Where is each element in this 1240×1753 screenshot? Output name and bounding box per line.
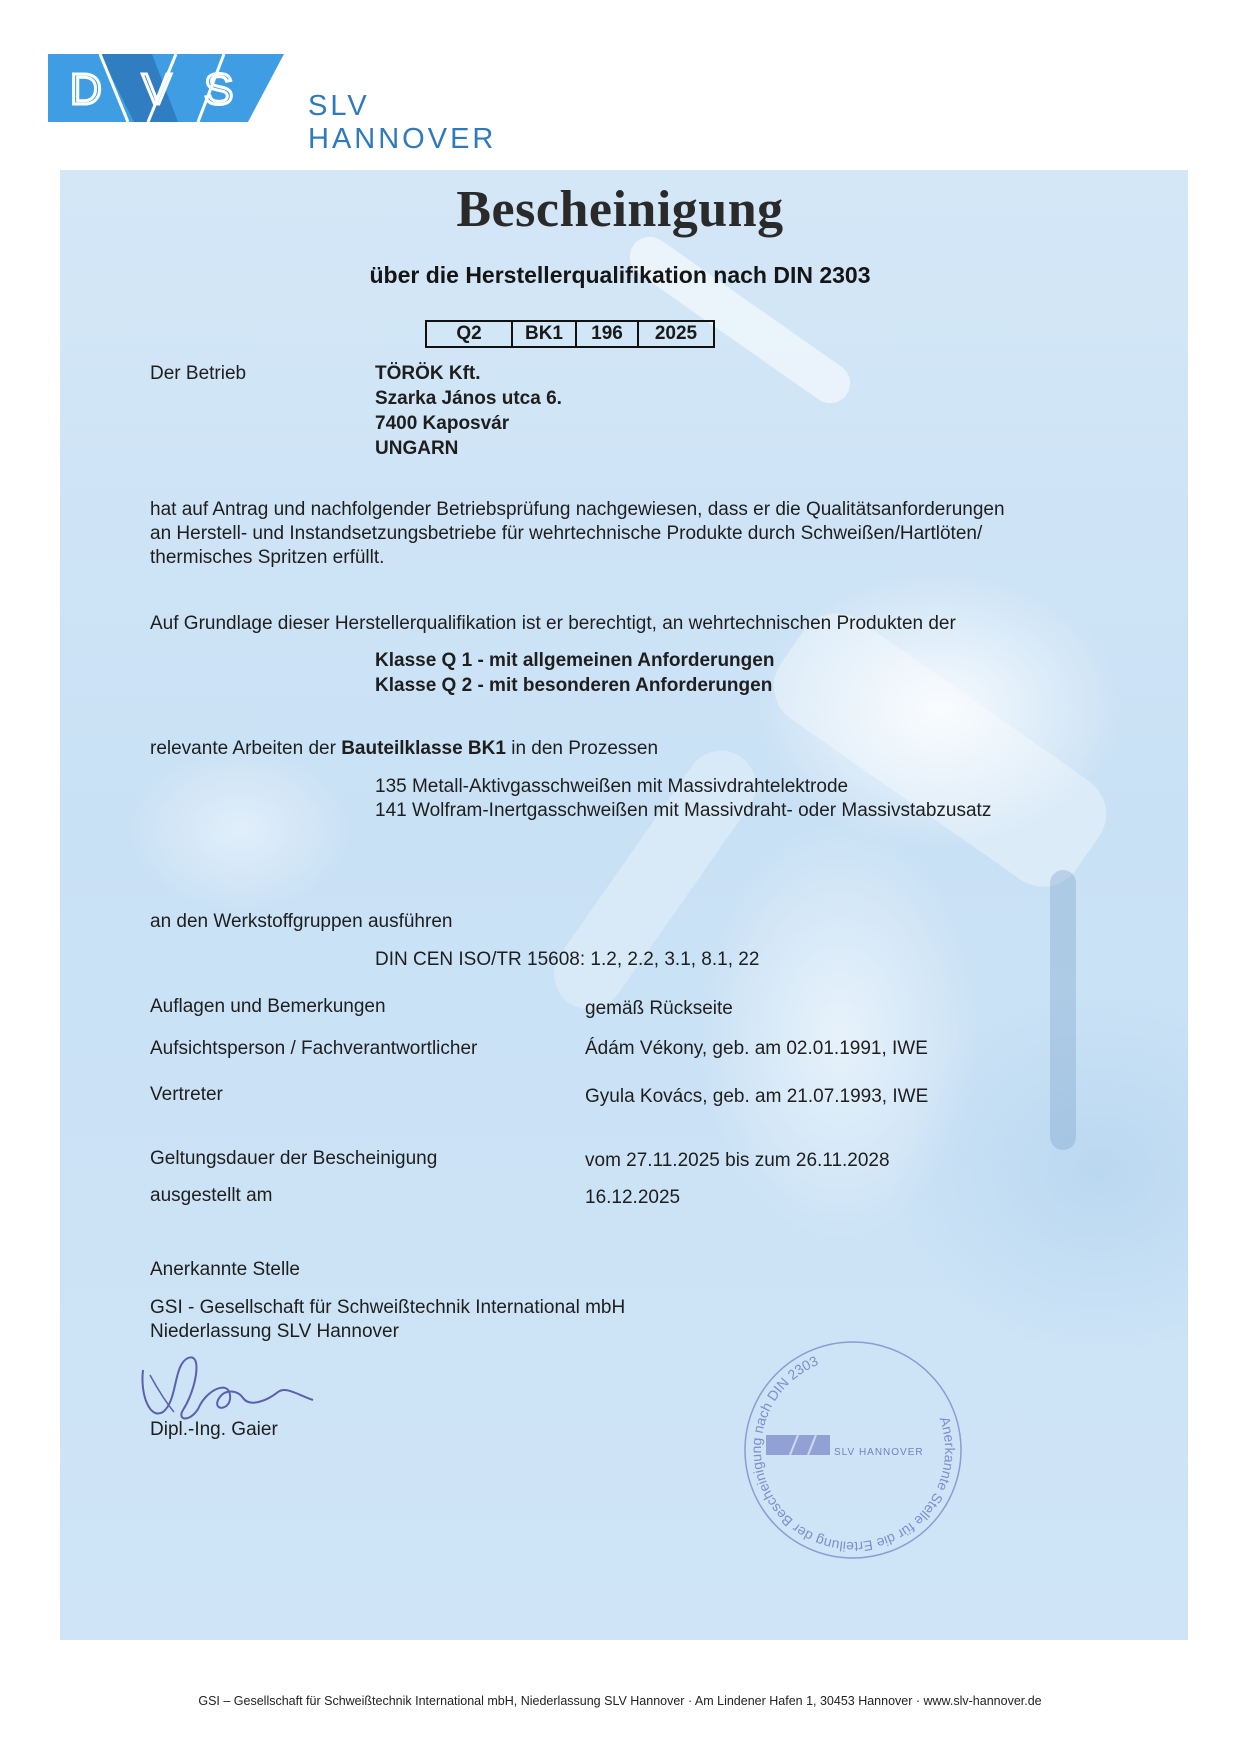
deputy-value: Gyula Kovács, geb. am 21.07.1993, IWE — [585, 1085, 928, 1109]
remarks-label: Auflagen und Bemerkungen — [150, 995, 386, 1019]
footer-address: GSI – Gesellschaft für Schweißtechnik In… — [0, 1694, 1240, 1708]
statement-line: hat auf Antrag und nachfolgender Betrieb… — [150, 498, 1110, 522]
material-intro: an den Werkstoffgruppen ausführen — [150, 910, 452, 934]
document-subtitle: über die Herstellerqualifikation nach DI… — [0, 262, 1240, 289]
code-number: 196 — [577, 322, 639, 346]
code-year: 2025 — [639, 322, 713, 346]
svg-text:D: D — [70, 65, 102, 114]
issuer-label: Anerkannte Stelle — [150, 1258, 300, 1282]
certificate-code: Q2 BK1 196 2025 — [425, 320, 715, 348]
issued-value: 16.12.2025 — [585, 1186, 680, 1210]
component-class-line: relevante Arbeiten der Bauteilklasse BK1… — [150, 737, 658, 761]
remarks-value: gemäß Rückseite — [585, 997, 733, 1021]
company-city: 7400 Kaposvár — [375, 412, 509, 436]
dvs-logo: D V S SLV HANNOVER — [48, 54, 548, 130]
svg-text:S: S — [204, 65, 233, 114]
process-135: 135 Metall-Aktivgasschweißen mit Massivd… — [375, 775, 848, 799]
document-title: Bescheinigung — [0, 180, 1240, 239]
signatory: Dipl.-Ing. Gaier — [150, 1418, 278, 1442]
company-country: UNGARN — [375, 437, 458, 461]
svg-text:SLV HANNOVER: SLV HANNOVER — [834, 1447, 924, 1458]
issuer-line1: GSI - Gesellschaft für Schweißtechnik In… — [150, 1296, 625, 1320]
material-groups: DIN CEN ISO/TR 15608: 1.2, 2.2, 3.1, 8.1… — [375, 948, 759, 972]
validity-label: Geltungsdauer der Bescheinigung — [150, 1147, 437, 1171]
logo-text: SLV HANNOVER — [308, 90, 548, 156]
code-class: Q2 — [427, 322, 513, 346]
statement-line: thermisches Spritzen erfüllt. — [150, 546, 1110, 570]
code-component-class: BK1 — [513, 322, 577, 346]
deputy-label: Vertreter — [150, 1083, 223, 1107]
validity-value: vom 27.11.2025 bis zum 26.11.2028 — [585, 1149, 890, 1173]
issued-label: ausgestellt am — [150, 1184, 273, 1208]
statement-line: an Herstell- und Instandsetzungsbetriebe… — [150, 522, 1110, 546]
company-name: TÖRÖK Kft. — [375, 362, 481, 386]
process-141: 141 Wolfram-Inertgasschweißen mit Massiv… — [375, 799, 991, 823]
company-label: Der Betrieb — [150, 362, 246, 386]
class-q1: Klasse Q 1 - mit allgemeinen Anforderung… — [375, 649, 774, 673]
supervisor-value: Ádám Vékony, geb. am 02.01.1991, IWE — [585, 1037, 928, 1061]
statement-paragraph: hat auf Antrag und nachfolgender Betrieb… — [150, 498, 1110, 570]
issuer-line2: Niederlassung SLV Hannover — [150, 1320, 399, 1344]
authorization-intro: Auf Grundlage dieser Herstellerqualifika… — [150, 612, 956, 636]
supervisor-label: Aufsichtsperson / Fachverantwortlicher — [150, 1037, 477, 1061]
company-street: Szarka János utca 6. — [375, 387, 562, 411]
svg-text:V: V — [142, 65, 172, 114]
official-stamp: Anerkannte Stelle für die Erteilung der … — [738, 1335, 968, 1565]
component-class: Bauteilklasse BK1 — [341, 738, 506, 759]
dvs-logo-mark: D V S — [48, 54, 284, 122]
class-q2: Klasse Q 2 - mit besonderen Anforderunge… — [375, 674, 772, 698]
